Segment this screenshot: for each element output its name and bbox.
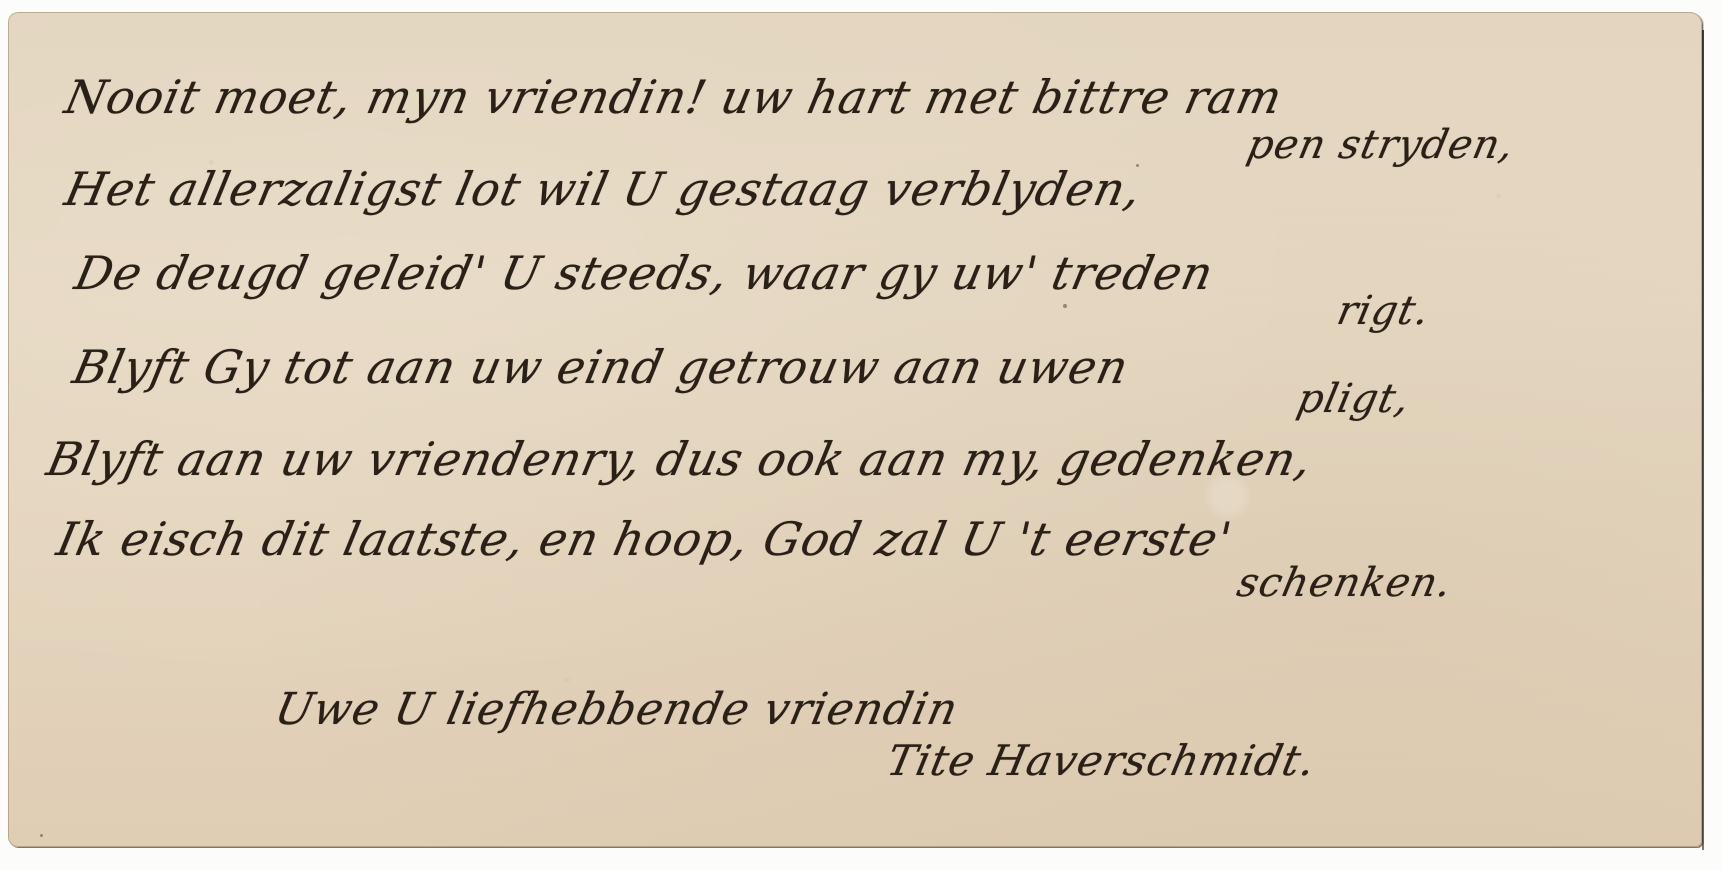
poem-line-4: Blyft Gy tot aan uw eind getrouw aan uwe… — [68, 340, 1134, 394]
paper-speck — [1136, 164, 1139, 167]
paper-speck — [40, 834, 43, 837]
signature: Tite Haverschmidt. — [883, 736, 1321, 785]
poem-line-1-continuation: pen stryden, — [1243, 122, 1519, 168]
poem-line-2: Het allerzaligst lot wil U gestaag verbl… — [60, 162, 1146, 216]
poem-line-5: Blyft aan uw vriendenry, dus ook aan my,… — [42, 432, 1317, 486]
poem-line-1: Nooit moet, myn vriendin! uw hart met bi… — [60, 70, 1287, 124]
closing-salutation: Uwe U liefhebbende vriendin — [271, 684, 963, 735]
poem-line-3-continuation: rigt. — [1333, 288, 1434, 334]
paper-speck — [1063, 304, 1067, 308]
poem-line-6: Ik eisch dit laatste, en hoop, God zal U… — [52, 512, 1237, 566]
keepsake-card: Nooit moet, myn vriendin! uw hart met bi… — [8, 12, 1702, 847]
card-right-edge-shadow — [1702, 30, 1704, 850]
poem-line-3: De deugd geleid' U steeds, waar gy uw' t… — [70, 246, 1218, 300]
poem-line-4-continuation: pligt, — [1293, 376, 1414, 422]
scanned-document: Nooit moet, myn vriendin! uw hart met bi… — [0, 0, 1722, 870]
poem-line-6-continuation: schenken. — [1233, 560, 1456, 606]
